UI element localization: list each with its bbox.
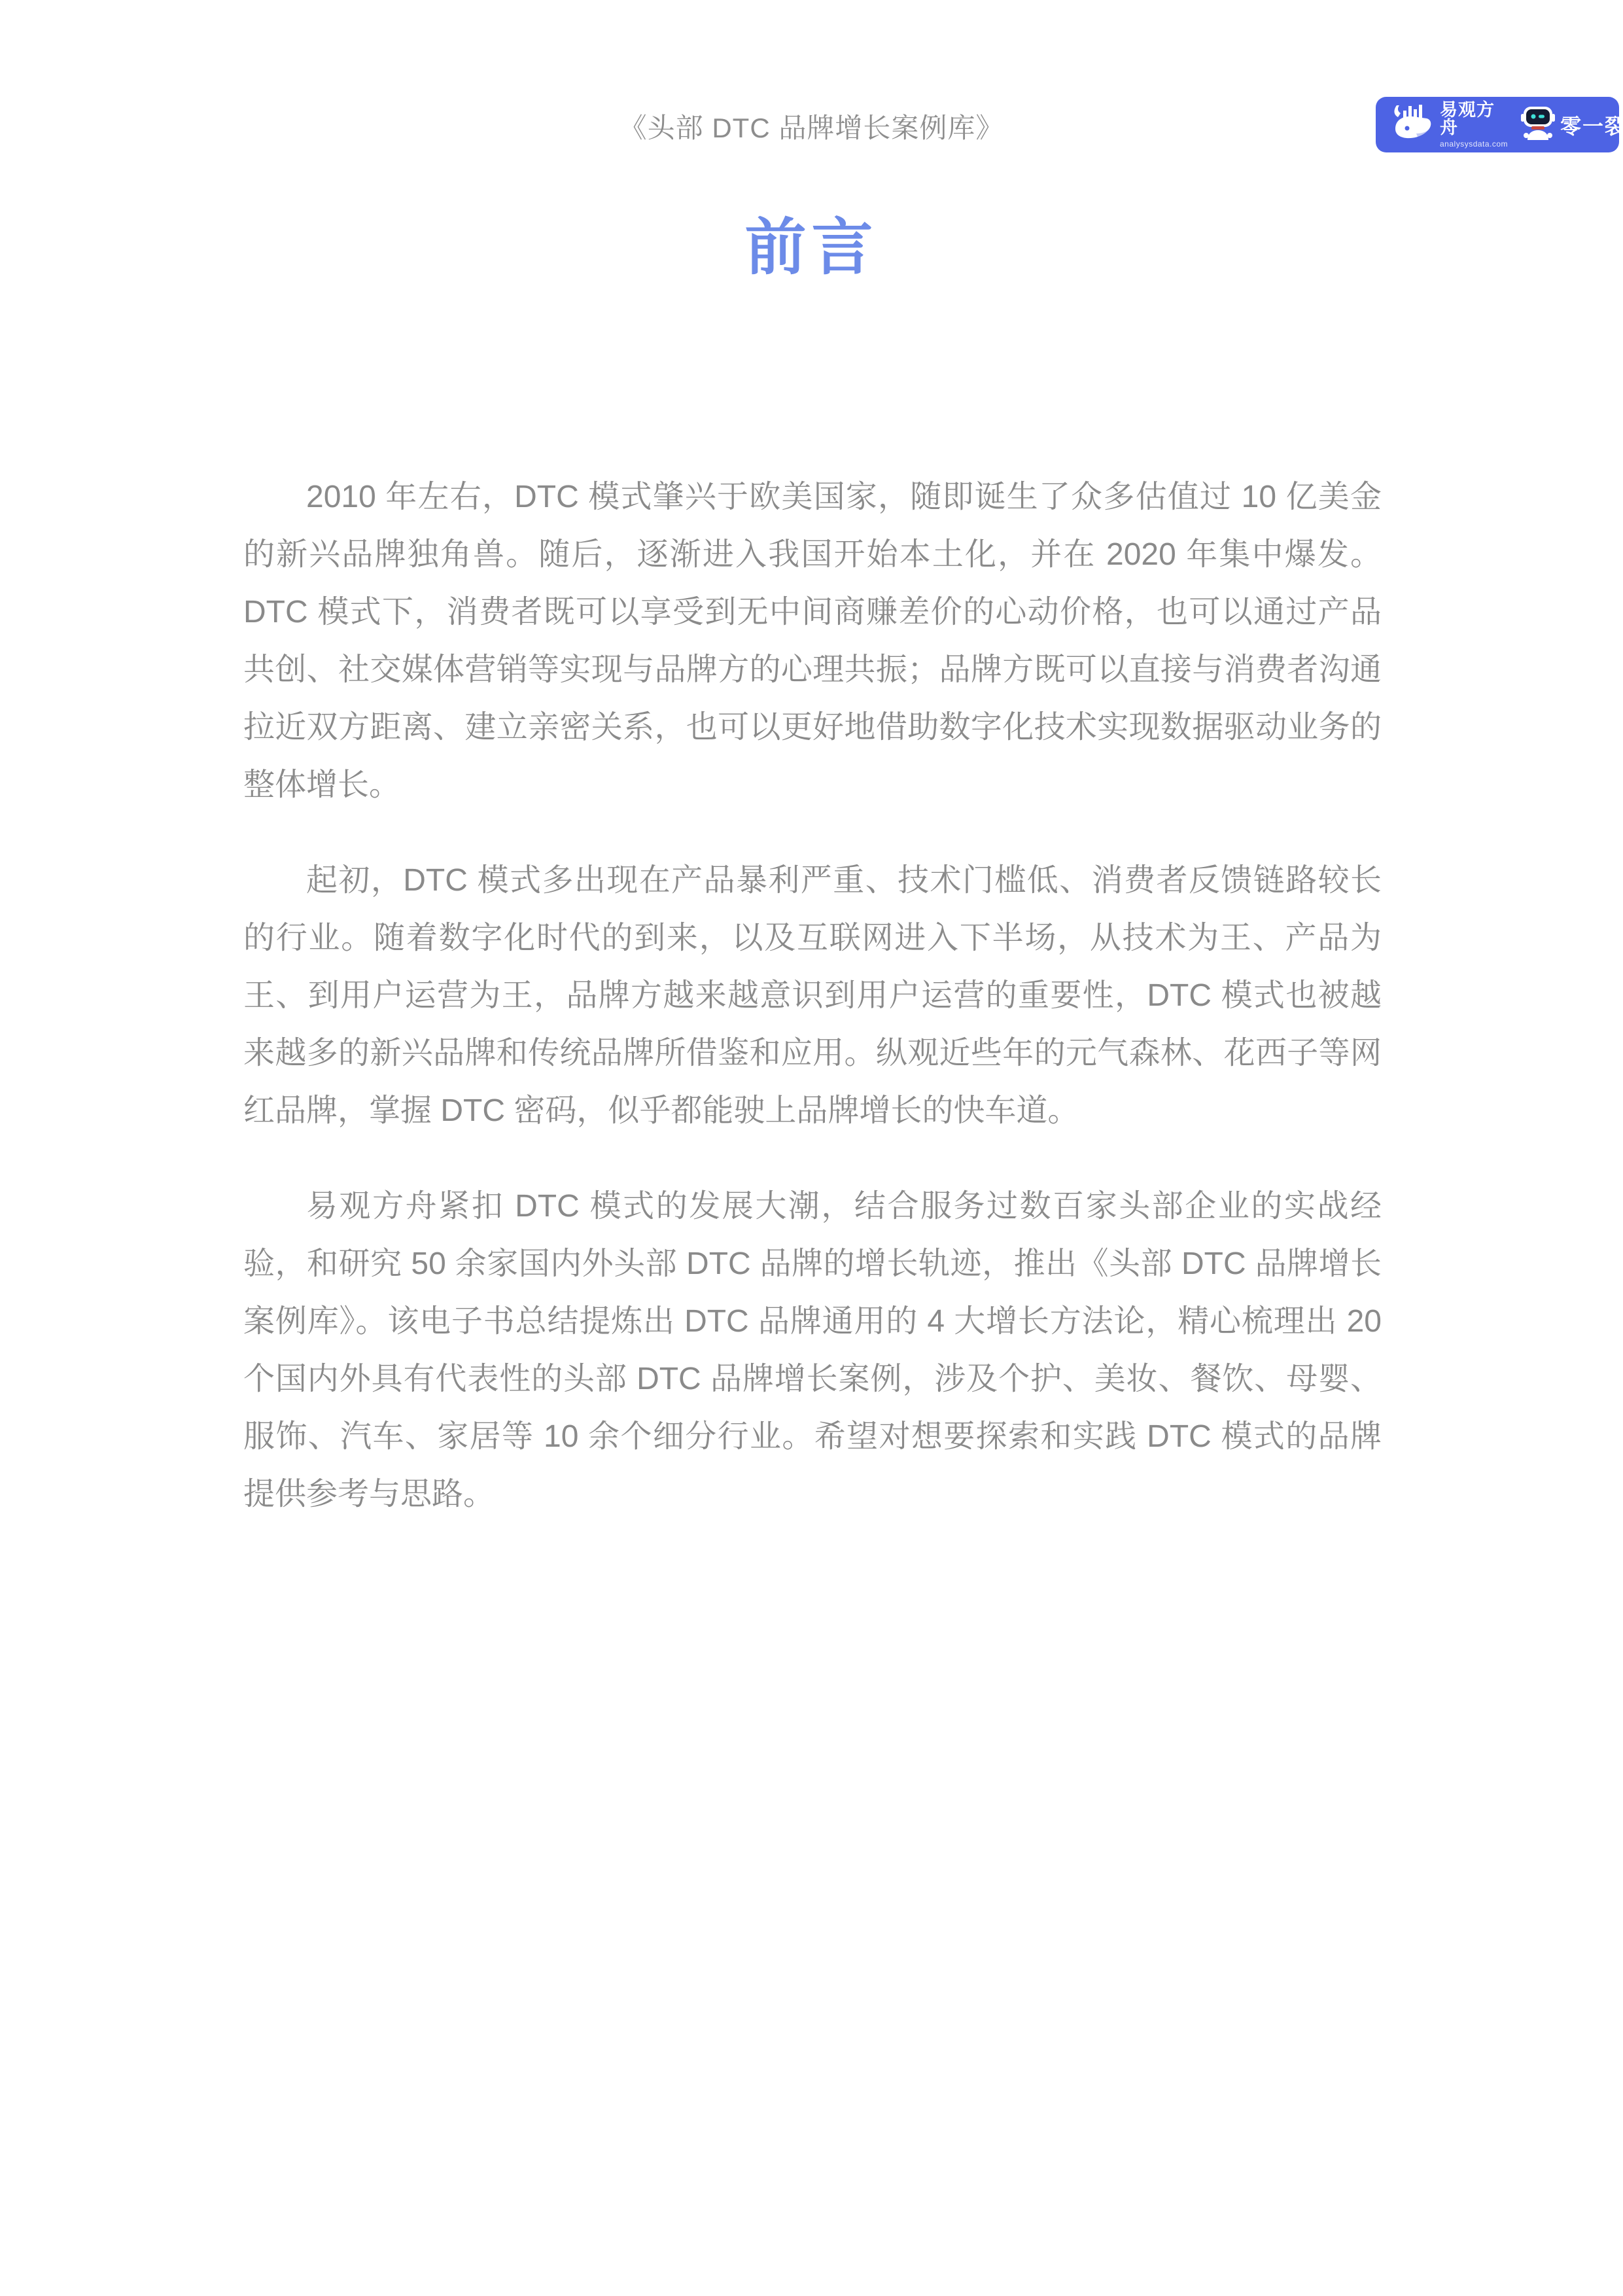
paragraph-3: 易观方舟紧扣 DTC 模式的发展大潮，结合服务过数百家头部企业的实战经验，和研究… (243, 1178, 1382, 1523)
preface-content: 2010 年左右，DTC 模式肇兴于欧美国家，随即诞生了众多估值过 10 亿美金… (243, 468, 1382, 1561)
document-page: 《头部 DTC 品牌增长案例库》 (0, 0, 1623, 2296)
page-title: 前言 (0, 213, 1623, 281)
lingyi-name: 零一裂变 (1560, 110, 1623, 140)
lingyi-brand: 零一裂变 (1521, 103, 1623, 146)
analysys-brand: 易观方舟 analysysdata.com (1390, 101, 1508, 148)
paragraph-2: 起初，DTC 模式多出现在产品暴利严重、技术门槛低、消费者反馈链路较长的行业。随… (243, 852, 1382, 1140)
paragraph-1: 2010 年左右，DTC 模式肇兴于欧美国家，随即诞生了众多估值过 10 亿美金… (243, 468, 1382, 814)
analysys-domain: analysysdata.com (1440, 140, 1508, 148)
whale-chart-icon (1390, 104, 1435, 145)
brand-logo-badge: 易观方舟 analysysdata.com (1376, 97, 1619, 152)
analysys-name: 易观方舟 (1440, 101, 1508, 137)
analysys-text-block: 易观方舟 analysysdata.com (1440, 101, 1508, 148)
robot-icon (1521, 103, 1555, 146)
